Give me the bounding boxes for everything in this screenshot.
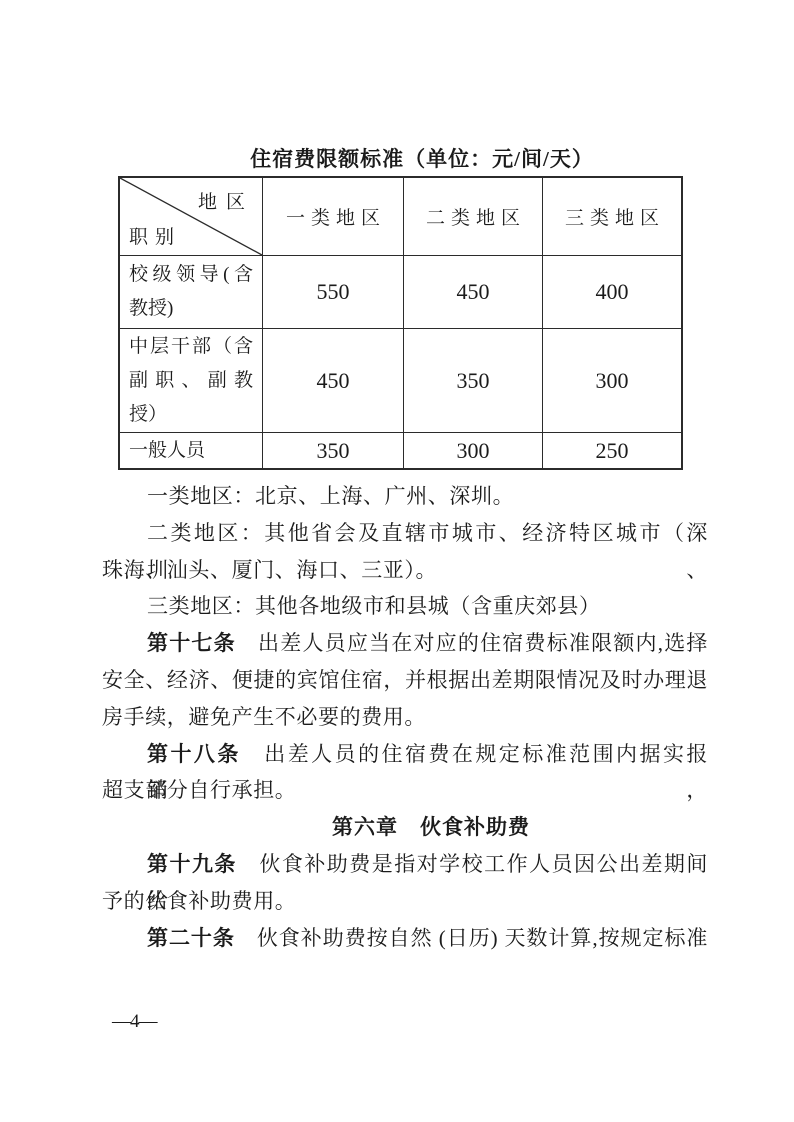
fee-value: 250: [542, 432, 681, 468]
row-label-line: 校级领导(含: [129, 258, 253, 292]
column-header: 三类地区: [542, 178, 681, 255]
line-text: 珠海、汕头、厦门、海口、三亚）。: [102, 558, 437, 582]
row-label-line: 教授): [129, 292, 253, 326]
body-text-line: 第二十条 伙食补助费按自然 (日历) 天数计算,按规定标准: [102, 920, 708, 957]
article-number: 第十八条: [147, 742, 241, 766]
corner-region-label: 地区: [198, 187, 254, 214]
row-label-cell: 一般人员: [120, 432, 262, 468]
row-label-line: 中层干部（含: [129, 330, 253, 364]
line-text: 一类地区：北京、上海、广州、深圳。: [147, 484, 514, 508]
fee-value: 400: [542, 255, 681, 328]
fee-value: 550: [262, 255, 403, 328]
line-text: 安全、经济、便捷的宾馆住宿，并根据出差期限情况及时办理退: [102, 668, 708, 692]
fee-value: 300: [403, 432, 542, 468]
body-text-line: 第十七条 出差人员应当在对应的住宿费标准限额内,选择: [102, 625, 708, 662]
line-text: 三类地区：其他各地级市和县城（含重庆郊县）: [147, 594, 601, 618]
page-number: —4—: [112, 1010, 157, 1034]
document-body: 一类地区：北京、上海、广州、深圳。二类地区：其他省会及直辖市城市、经济特区城市（…: [102, 478, 708, 956]
article-number: 第二十条: [147, 926, 235, 950]
body-text-line: 三类地区：其他各地级市和县城（含重庆郊县）: [102, 588, 708, 625]
row-label-line: 授）: [129, 398, 253, 432]
body-text-line: 二类地区：其他省会及直辖市城市、经济特区城市（深圳、: [102, 515, 708, 552]
line-text: 房手续，避免产生不必要的费用。: [102, 705, 426, 729]
fee-value: 300: [542, 328, 681, 432]
body-text-line: 一类地区：北京、上海、广州、深圳。: [102, 478, 708, 515]
column-header: 二类地区: [403, 178, 542, 255]
line-text: 出差人员应当在对应的住宿费标准限额内,选择: [236, 631, 708, 655]
row-label-cell: 校级领导(含教授): [120, 255, 262, 328]
table-corner-cell: 地区职别: [120, 178, 262, 255]
article-number: 第十九条: [147, 852, 237, 876]
row-label-cell: 中层干部（含副职、副教授）: [120, 328, 262, 432]
line-text: 予的伙食补助费用。: [102, 889, 296, 913]
line-text: 伙食补助费按自然 (日历) 天数计算,按规定标准: [235, 926, 708, 950]
body-text-line: 予的伙食补助费用。: [102, 883, 708, 920]
fee-value: 350: [262, 432, 403, 468]
body-text-line: 安全、经济、便捷的宾馆住宿，并根据出差期限情况及时办理退: [102, 662, 708, 699]
column-header: 一类地区: [262, 178, 403, 255]
row-label-line: 副职、副教: [129, 364, 253, 398]
body-text-line: 第十九条 伙食补助费是指对学校工作人员因公出差期间给: [102, 846, 708, 883]
accommodation-fee-table: 地区职别一类地区二类地区三类地区校级领导(含教授)550450400中层干部（含…: [118, 176, 683, 470]
body-text-line: 第十八条 出差人员的住宿费在规定标准范围内据实报销，: [102, 736, 708, 773]
chapter-heading: 第六章 伙食补助费: [154, 809, 708, 846]
fee-value: 450: [403, 255, 542, 328]
row-label-line: 一般人员: [129, 434, 253, 468]
table-title: 住宿费限额标准（单位：元/间/天）: [50, 146, 794, 172]
line-text: 超支部分自行承担。: [102, 778, 296, 802]
article-number: 第十七条: [147, 631, 236, 655]
body-text-line: 房手续，避免产生不必要的费用。: [102, 699, 708, 736]
document-page: 住宿费限额标准（单位：元/间/天） 地区职别一类地区二类地区三类地区校级领导(含…: [0, 0, 794, 1122]
corner-role-label: 职别: [129, 222, 181, 249]
fee-value: 350: [403, 328, 542, 432]
fee-value: 450: [262, 328, 403, 432]
